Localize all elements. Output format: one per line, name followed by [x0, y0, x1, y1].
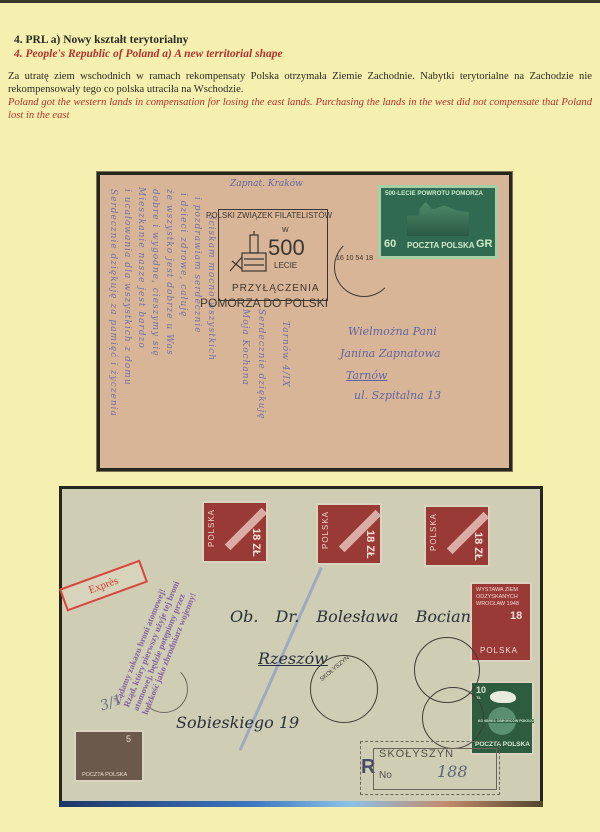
stamp-top-text: 500-LECIE POWROTU POMORZA	[385, 190, 483, 197]
recipient-title: Wielmożna Pani	[348, 325, 437, 338]
stamp-value: 10	[476, 685, 486, 695]
dove-icon	[490, 691, 516, 703]
message-greeting: Moja Kochana	[240, 309, 250, 386]
message-date: Tarnów 4/IX	[280, 321, 290, 387]
cancel-line-1: POLSKI ZWIĄZEK FILATELISTÓW	[206, 211, 332, 220]
message-line-2: Serdecznie dziękuję	[256, 309, 266, 420]
postmark: SKOŁYSZYN	[310, 655, 378, 723]
church-icon	[228, 231, 270, 275]
castle-icon	[407, 202, 469, 236]
express-label-text: Exprès	[62, 562, 146, 609]
stamp-label: POCZTA POLSKA	[407, 241, 475, 250]
recipient-name: Janina Zapnatowa	[340, 347, 441, 360]
postcard: Serdecznie dziękuję za pamięć i życzenia…	[97, 172, 512, 471]
paragraph-polish: Za utratę ziem wschodnich w ramach rekom…	[8, 70, 592, 96]
recipient-city: Rzeszów	[258, 649, 328, 668]
message-handwriting-2: i ucałowania dla wszystkich z domu	[122, 189, 132, 386]
postmark-faint	[140, 665, 188, 713]
stamp-label: POLSKA	[207, 509, 216, 547]
postage-stamp-18zl-2: POLSKA 18 ZŁ	[316, 503, 382, 565]
message-handwriting-7: i pozdrawiam serdecznie	[192, 197, 202, 334]
recipient-name: Ob. Dr. Bolesława Bocian	[230, 607, 471, 626]
postmark	[422, 687, 484, 749]
express-label: Exprès	[59, 560, 148, 612]
stamp-value: 18 ZŁ	[472, 532, 484, 561]
stamp-label: POCZTA POLSKA	[82, 772, 127, 778]
registration-town: SKOŁYSZYN	[379, 748, 454, 760]
recipient-street: Sobieskiego 19	[176, 713, 299, 732]
stamp-value: 18 ZŁ	[250, 528, 262, 557]
cancel-line-4: PRZYŁĄCZENIA	[232, 283, 320, 294]
postage-stamp-60gr: 500-LECIE POWROTU POMORZA 60 POCZTA POLS…	[378, 185, 498, 259]
stamp-value: 60	[384, 238, 396, 250]
message-handwriting-3: Mieszkanie nasze jest bardzo	[136, 187, 146, 349]
postage-stamp-5zl: 5 POCZTA POLSKA	[74, 730, 144, 782]
envelope: POLSKA 18 ZŁ POLSKA 18 ZŁ POLSKA 18 ZŁ W…	[59, 486, 543, 807]
stamp-value: 18 ZŁ	[364, 530, 376, 559]
sender-note: Zapnat. Kraków	[230, 179, 303, 189]
stamp-text: WROCŁAW 1948	[476, 601, 519, 607]
message-handwriting-1: Serdecznie dziękuję za pamięć i życzenia	[108, 189, 118, 417]
envelope-edge	[59, 801, 543, 807]
stamp-unit: GR	[476, 238, 493, 250]
cancel-number: 500	[268, 235, 305, 261]
heading-polish: 4. PRL a) Nowy kształt terytorialny	[14, 34, 188, 46]
stamp-text: WYSTAWA ZIEM	[476, 587, 518, 593]
message-handwriting-8: ściskam mocno wszystkich	[206, 215, 216, 361]
stamp-text: ODZYSKANYCH	[476, 594, 518, 600]
top-border	[0, 0, 600, 3]
stamp-value: 5	[126, 734, 131, 744]
paragraph-english: Poland got the western lands in compensa…	[8, 96, 592, 122]
cancel-line-2: W	[282, 227, 289, 234]
cancel-line-3: LECIE	[274, 261, 297, 270]
postage-stamp-18zl-3: POLSKA 18 ZŁ	[424, 505, 490, 567]
registration-number: 188	[437, 762, 468, 781]
stamp-banner: KONGRES OBROŃCÓW POKOJU	[478, 719, 534, 723]
stamp-label: POLSKA	[321, 511, 330, 549]
stamp-label: POLSKA	[429, 513, 438, 551]
postage-stamp-18zl-1: POLSKA 18 ZŁ	[202, 501, 268, 563]
registration-prefix: No	[379, 770, 392, 781]
recipient-street: ul. Szpitalna 13	[354, 389, 441, 402]
pencil-note: 3/1	[98, 692, 125, 715]
message-handwriting-4: dobre i wygodne, cieszymy się	[150, 189, 160, 357]
stamp-label: POLSKA	[480, 646, 518, 655]
stamp-value: 18	[510, 610, 522, 622]
cancel-line-5: POMORZA DO POLSKI	[200, 296, 328, 310]
recipient-city: Tarnów	[346, 369, 387, 382]
postage-stamp-18zl-4: WYSTAWA ZIEM ODZYSKANYCH WROCŁAW 1948 18…	[470, 582, 532, 662]
heading-english: 4. People's Republic of Poland a) A new …	[14, 48, 283, 60]
registration-label: R SKOŁYSZYN No 188	[360, 741, 500, 795]
message-handwriting-5: że wszystko jest dobrze u Was	[164, 189, 174, 356]
message-handwriting-6: i dzieci zdrowe, całuję	[178, 193, 188, 317]
